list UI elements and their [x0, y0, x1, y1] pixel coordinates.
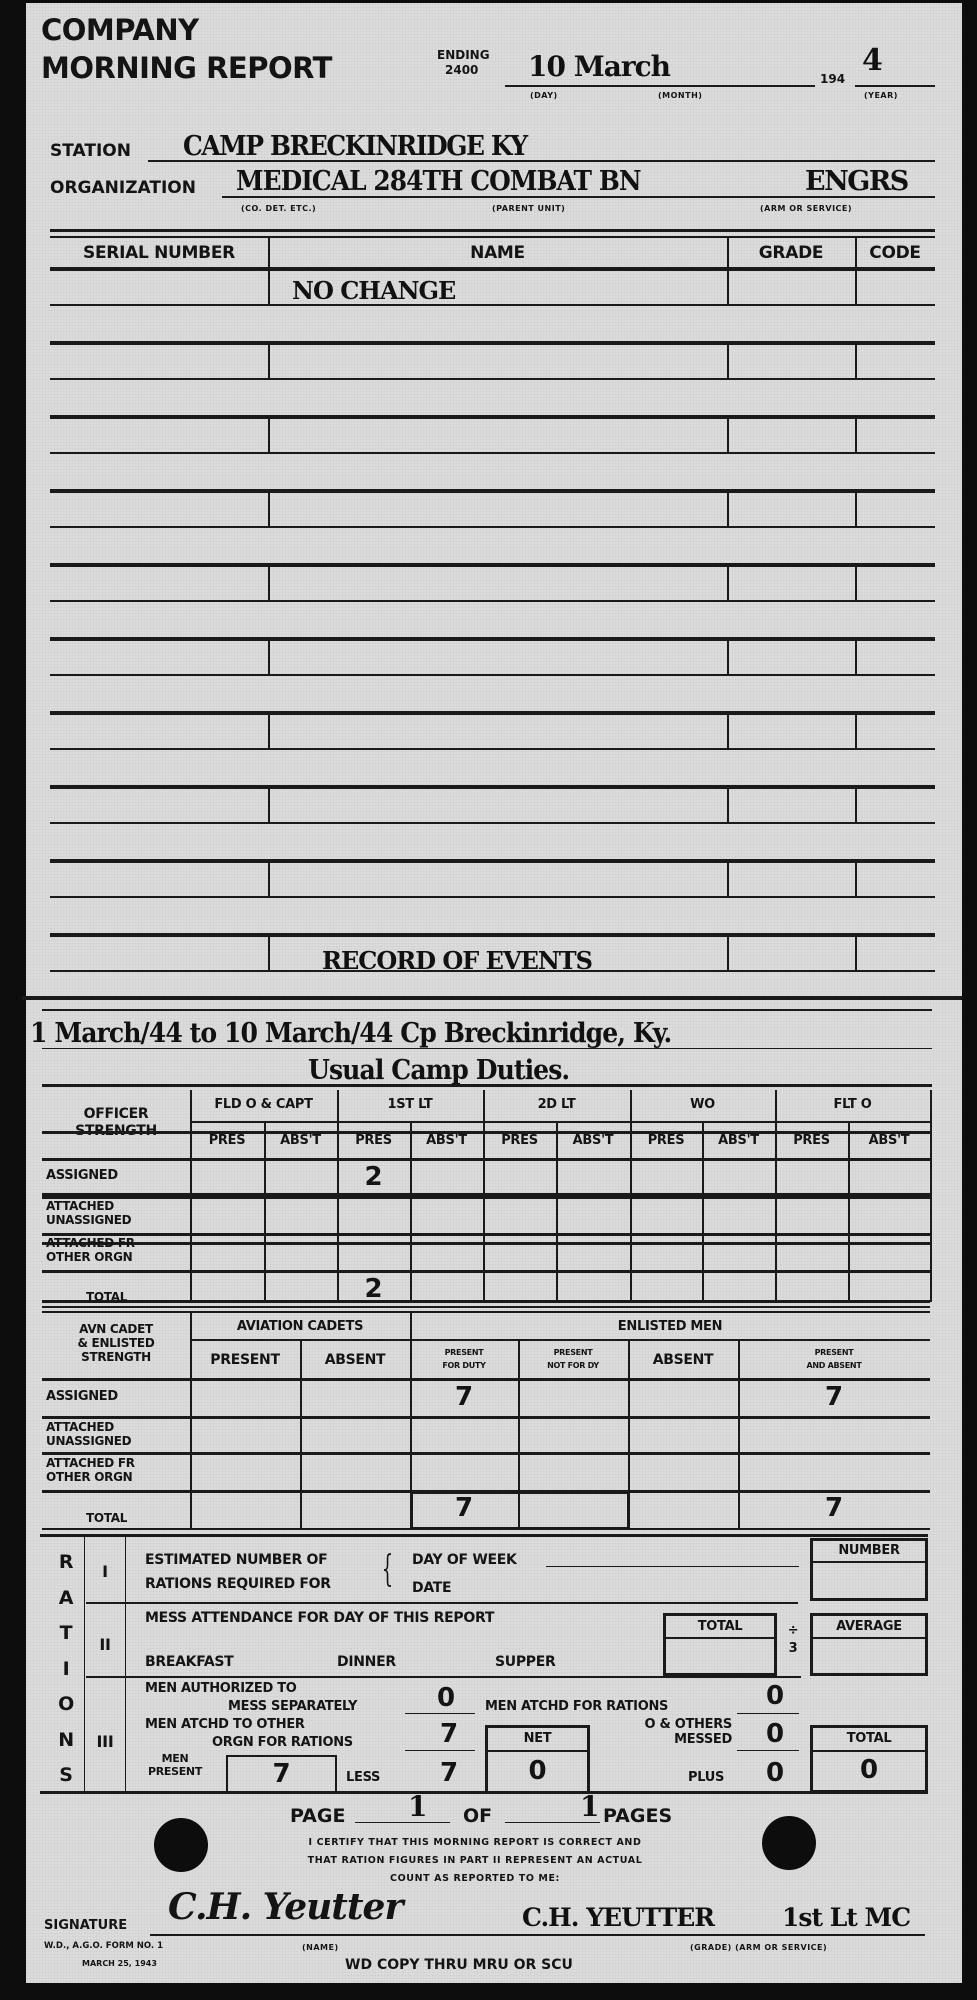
atchd-rations-field[interactable]: 0: [766, 1681, 784, 1711]
officer-group-wo: WO: [630, 1097, 775, 1112]
officer-subcol-pres: PRES: [337, 1133, 410, 1148]
officer-subcol-pres: PRES: [775, 1133, 848, 1148]
officer-subcol-pres: PRES: [630, 1133, 702, 1148]
organization-label: ORGANIZATION: [50, 178, 196, 198]
binder-hole-right: [762, 1816, 816, 1870]
enlisted-strength-title: AVN CADET & ENLISTED STRENGTH: [42, 1322, 190, 1364]
plus-label: PLUS: [688, 1770, 724, 1785]
cadets-present-col: PRESENT: [190, 1352, 300, 1368]
mess-average-box[interactable]: AVERAGE: [810, 1613, 928, 1676]
table-row[interactable]: [50, 490, 935, 527]
table-row[interactable]: [50, 342, 935, 379]
signature-field[interactable]: C.H. Yeutter: [168, 1886, 402, 1928]
mess-total-box[interactable]: TOTAL: [663, 1613, 777, 1676]
rations-part-1-label-1: ESTIMATED NUMBER OF: [145, 1552, 327, 1568]
officer-subcol-abst: ABS'T: [848, 1133, 930, 1148]
arm-service-field[interactable]: ENGRS: [805, 166, 908, 197]
officer-strength-title: OFFICER STRENGTH: [42, 1106, 190, 1140]
date-label: DATE: [412, 1580, 451, 1596]
officer-group-fld-o-capt: FLD O & CAPT: [190, 1097, 337, 1112]
table-row[interactable]: [50, 564, 935, 601]
atchd-rations-label: MEN ATCHD FOR RATIONS: [485, 1699, 668, 1714]
ending-time: 2400: [445, 64, 478, 77]
enlisted-assigned-present-for-duty[interactable]: 7: [410, 1382, 518, 1412]
station-field[interactable]: CAMP BRECKINRIDGE KY: [183, 131, 527, 162]
officer-total-1st-lt-pres[interactable]: 2: [337, 1274, 410, 1304]
officer-group-2d-lt: 2D LT: [483, 1097, 630, 1112]
others-messed-label: O & OTHERS MESSED: [645, 1717, 733, 1747]
mess-separately-label-2: MESS SEPARATELY: [228, 1699, 357, 1714]
officer-subcol-abst: ABS'T: [556, 1133, 630, 1148]
year-sublabel: (YEAR): [864, 91, 898, 100]
day-of-week-label: DAY OF WEEK: [412, 1552, 517, 1568]
record-of-events-heading: RECORD OF EVENTS: [322, 946, 592, 975]
year-underline: [855, 85, 935, 87]
less-label: LESS: [346, 1770, 380, 1785]
events-line-1[interactable]: 1 March/44 to 10 March/44 Cp Breckinridg…: [30, 1018, 671, 1049]
men-present-label: MEN PRESENT: [130, 1752, 220, 1778]
table-row[interactable]: [50, 712, 935, 749]
table-row[interactable]: [50, 860, 935, 897]
enlisted-assigned-present-and-absent[interactable]: 7: [738, 1382, 930, 1412]
section-divider: [22, 996, 962, 1000]
month-sublabel: (MONTH): [658, 91, 702, 100]
co-det-sublabel: (CO. DET. ETC.): [241, 204, 316, 213]
rations-part-1-numeral: I: [85, 1562, 125, 1581]
officer-row-attached-unassigned: ATTACHED UNASSIGNED: [46, 1199, 156, 1227]
atchd-other-label-1: MEN ATCHD TO OTHER: [145, 1717, 305, 1732]
col-header-code: CODE: [855, 243, 935, 263]
signature-label: SIGNATURE: [44, 1918, 127, 1933]
rations-part-1-label-2: RATIONS REQUIRED FOR: [145, 1576, 331, 1592]
enlisted-row-assigned: ASSIGNED: [46, 1389, 118, 1404]
rations-part-3-numeral: III: [85, 1732, 125, 1751]
atchd-other-label-2: ORGN FOR RATIONS: [212, 1735, 353, 1750]
day-sublabel: (DAY): [530, 91, 558, 100]
rations-side-label: R A T I O N S: [48, 1545, 84, 1794]
year-prefix: 194: [820, 72, 845, 86]
enlisted-present-for-duty-col: PRESENT FOR DUTY: [410, 1346, 518, 1372]
typed-name-field[interactable]: C.H. YEUTTER: [522, 1903, 714, 1932]
officer-subcol-abst: ABS'T: [410, 1133, 483, 1148]
men-present-box[interactable]: 7: [226, 1755, 337, 1791]
page-number-field[interactable]: 1: [408, 1790, 427, 1823]
organization-underline: [222, 196, 935, 198]
mess-separately-label-1: MEN AUTHORIZED TO: [145, 1681, 297, 1696]
officer-group-flt-o: FLT O: [775, 1097, 930, 1112]
table-row[interactable]: [50, 268, 935, 305]
parent-unit-sublabel: (PARENT UNIT): [492, 204, 565, 213]
form-number: W.D., A.G.O. FORM NO. 1: [44, 1941, 163, 1951]
year-field[interactable]: 4: [862, 43, 883, 78]
others-messed-field[interactable]: 0: [766, 1719, 784, 1749]
officer-subcol-pres: PRES: [483, 1133, 556, 1148]
form-title-line1: COMPANY: [41, 15, 199, 45]
officer-subcol-pres: PRES: [190, 1133, 264, 1148]
officer-group-1st-lt: 1ST LT: [337, 1097, 483, 1112]
col-header-grade: GRADE: [727, 243, 855, 263]
page-label: PAGE: [290, 1805, 345, 1827]
enlisted-row-attached-other: ATTACHED FR OTHER ORGN: [46, 1456, 156, 1484]
cadets-absent-col: ABSENT: [300, 1352, 410, 1368]
col-header-name: NAME: [268, 243, 727, 263]
rations-part-2-numeral: II: [85, 1635, 125, 1654]
enlisted-men-group: ENLISTED MEN: [410, 1319, 930, 1334]
enlisted-row-total: TOTAL: [86, 1511, 127, 1525]
breakfast-label: BREAKFAST: [145, 1654, 233, 1670]
plus-field[interactable]: 0: [766, 1758, 784, 1788]
ending-label: ENDING: [437, 49, 490, 62]
divide-by-3-label: ÷3: [780, 1622, 806, 1658]
date-underline: [505, 85, 815, 87]
officer-assigned-1st-lt-pres[interactable]: 2: [337, 1162, 410, 1192]
signature-underline: [150, 1934, 925, 1936]
pages-label: PAGES: [603, 1805, 672, 1827]
wd-copy-note: WD COPY THRU MRU OR SCU: [345, 1957, 573, 1973]
brace-icon: {: [382, 1548, 393, 1592]
aviation-cadets-group: AVIATION CADETS: [190, 1319, 410, 1334]
officer-subcol-abst: ABS'T: [264, 1133, 337, 1148]
col-header-serial-number: SERIAL NUMBER: [50, 243, 268, 263]
rations-total-box[interactable]: TOTAL 0: [810, 1725, 928, 1793]
officer-subcol-abst: ABS'T: [702, 1133, 775, 1148]
atchd-other-field[interactable]: 7: [440, 1719, 458, 1749]
enlisted-present-not-for-duty-col: PRESENT NOT FOR DY: [518, 1346, 628, 1372]
day-of-week-field[interactable]: [546, 1566, 799, 1567]
less-field[interactable]: 7: [440, 1758, 458, 1788]
enlisted-row-attached-unassigned: ATTACHED UNASSIGNED: [46, 1420, 156, 1448]
table-row[interactable]: [50, 416, 935, 453]
events-line-2[interactable]: Usual Camp Duties.: [308, 1055, 569, 1086]
grade-service-sublabel: (GRADE) (ARM OR SERVICE): [690, 1943, 827, 1952]
enlisted-total-present-and-absent[interactable]: 7: [738, 1493, 930, 1523]
mess-separately-field[interactable]: 0: [437, 1683, 455, 1713]
enlisted-present-and-absent-col: PRESENT AND ABSENT: [738, 1346, 930, 1372]
total-pages-field[interactable]: 1: [580, 1790, 599, 1823]
certification-text: I CERTIFY THAT THIS MORNING REPORT IS CO…: [240, 1834, 710, 1888]
dinner-label: DINNER: [337, 1654, 396, 1670]
report-date-field[interactable]: 10 March: [528, 52, 670, 82]
station-underline: [148, 160, 935, 162]
binder-hole-left: [154, 1818, 208, 1872]
officer-row-assigned: ASSIGNED: [46, 1168, 118, 1183]
table-row[interactable]: [50, 786, 935, 823]
form-title-line2: MORNING REPORT: [41, 53, 332, 83]
grade-service-field[interactable]: 1st Lt MC: [782, 1903, 962, 1932]
station-label: STATION: [50, 141, 131, 161]
organization-field[interactable]: MEDICAL 284TH COMBAT BN: [236, 166, 641, 197]
table-row[interactable]: [50, 638, 935, 675]
form-date: MARCH 25, 1943: [82, 1959, 157, 1968]
supper-label: SUPPER: [495, 1654, 556, 1670]
arm-service-sublabel: (ARM OR SERVICE): [760, 204, 852, 213]
enlisted-absent-col: ABSENT: [628, 1352, 738, 1368]
net-box[interactable]: NET 0: [485, 1725, 590, 1793]
name-sublabel: (NAME): [302, 1943, 339, 1952]
officer-row-total: TOTAL: [86, 1290, 127, 1304]
enlisted-total-present-for-duty[interactable]: 7: [410, 1493, 518, 1523]
rations-number-box[interactable]: NUMBER: [810, 1538, 928, 1601]
officer-row-attached-other: ATTACHED FR OTHER ORGN: [46, 1236, 156, 1264]
of-label: OF: [463, 1805, 492, 1827]
mess-attendance-label: MESS ATTENDANCE FOR DAY OF THIS REPORT: [145, 1610, 494, 1626]
